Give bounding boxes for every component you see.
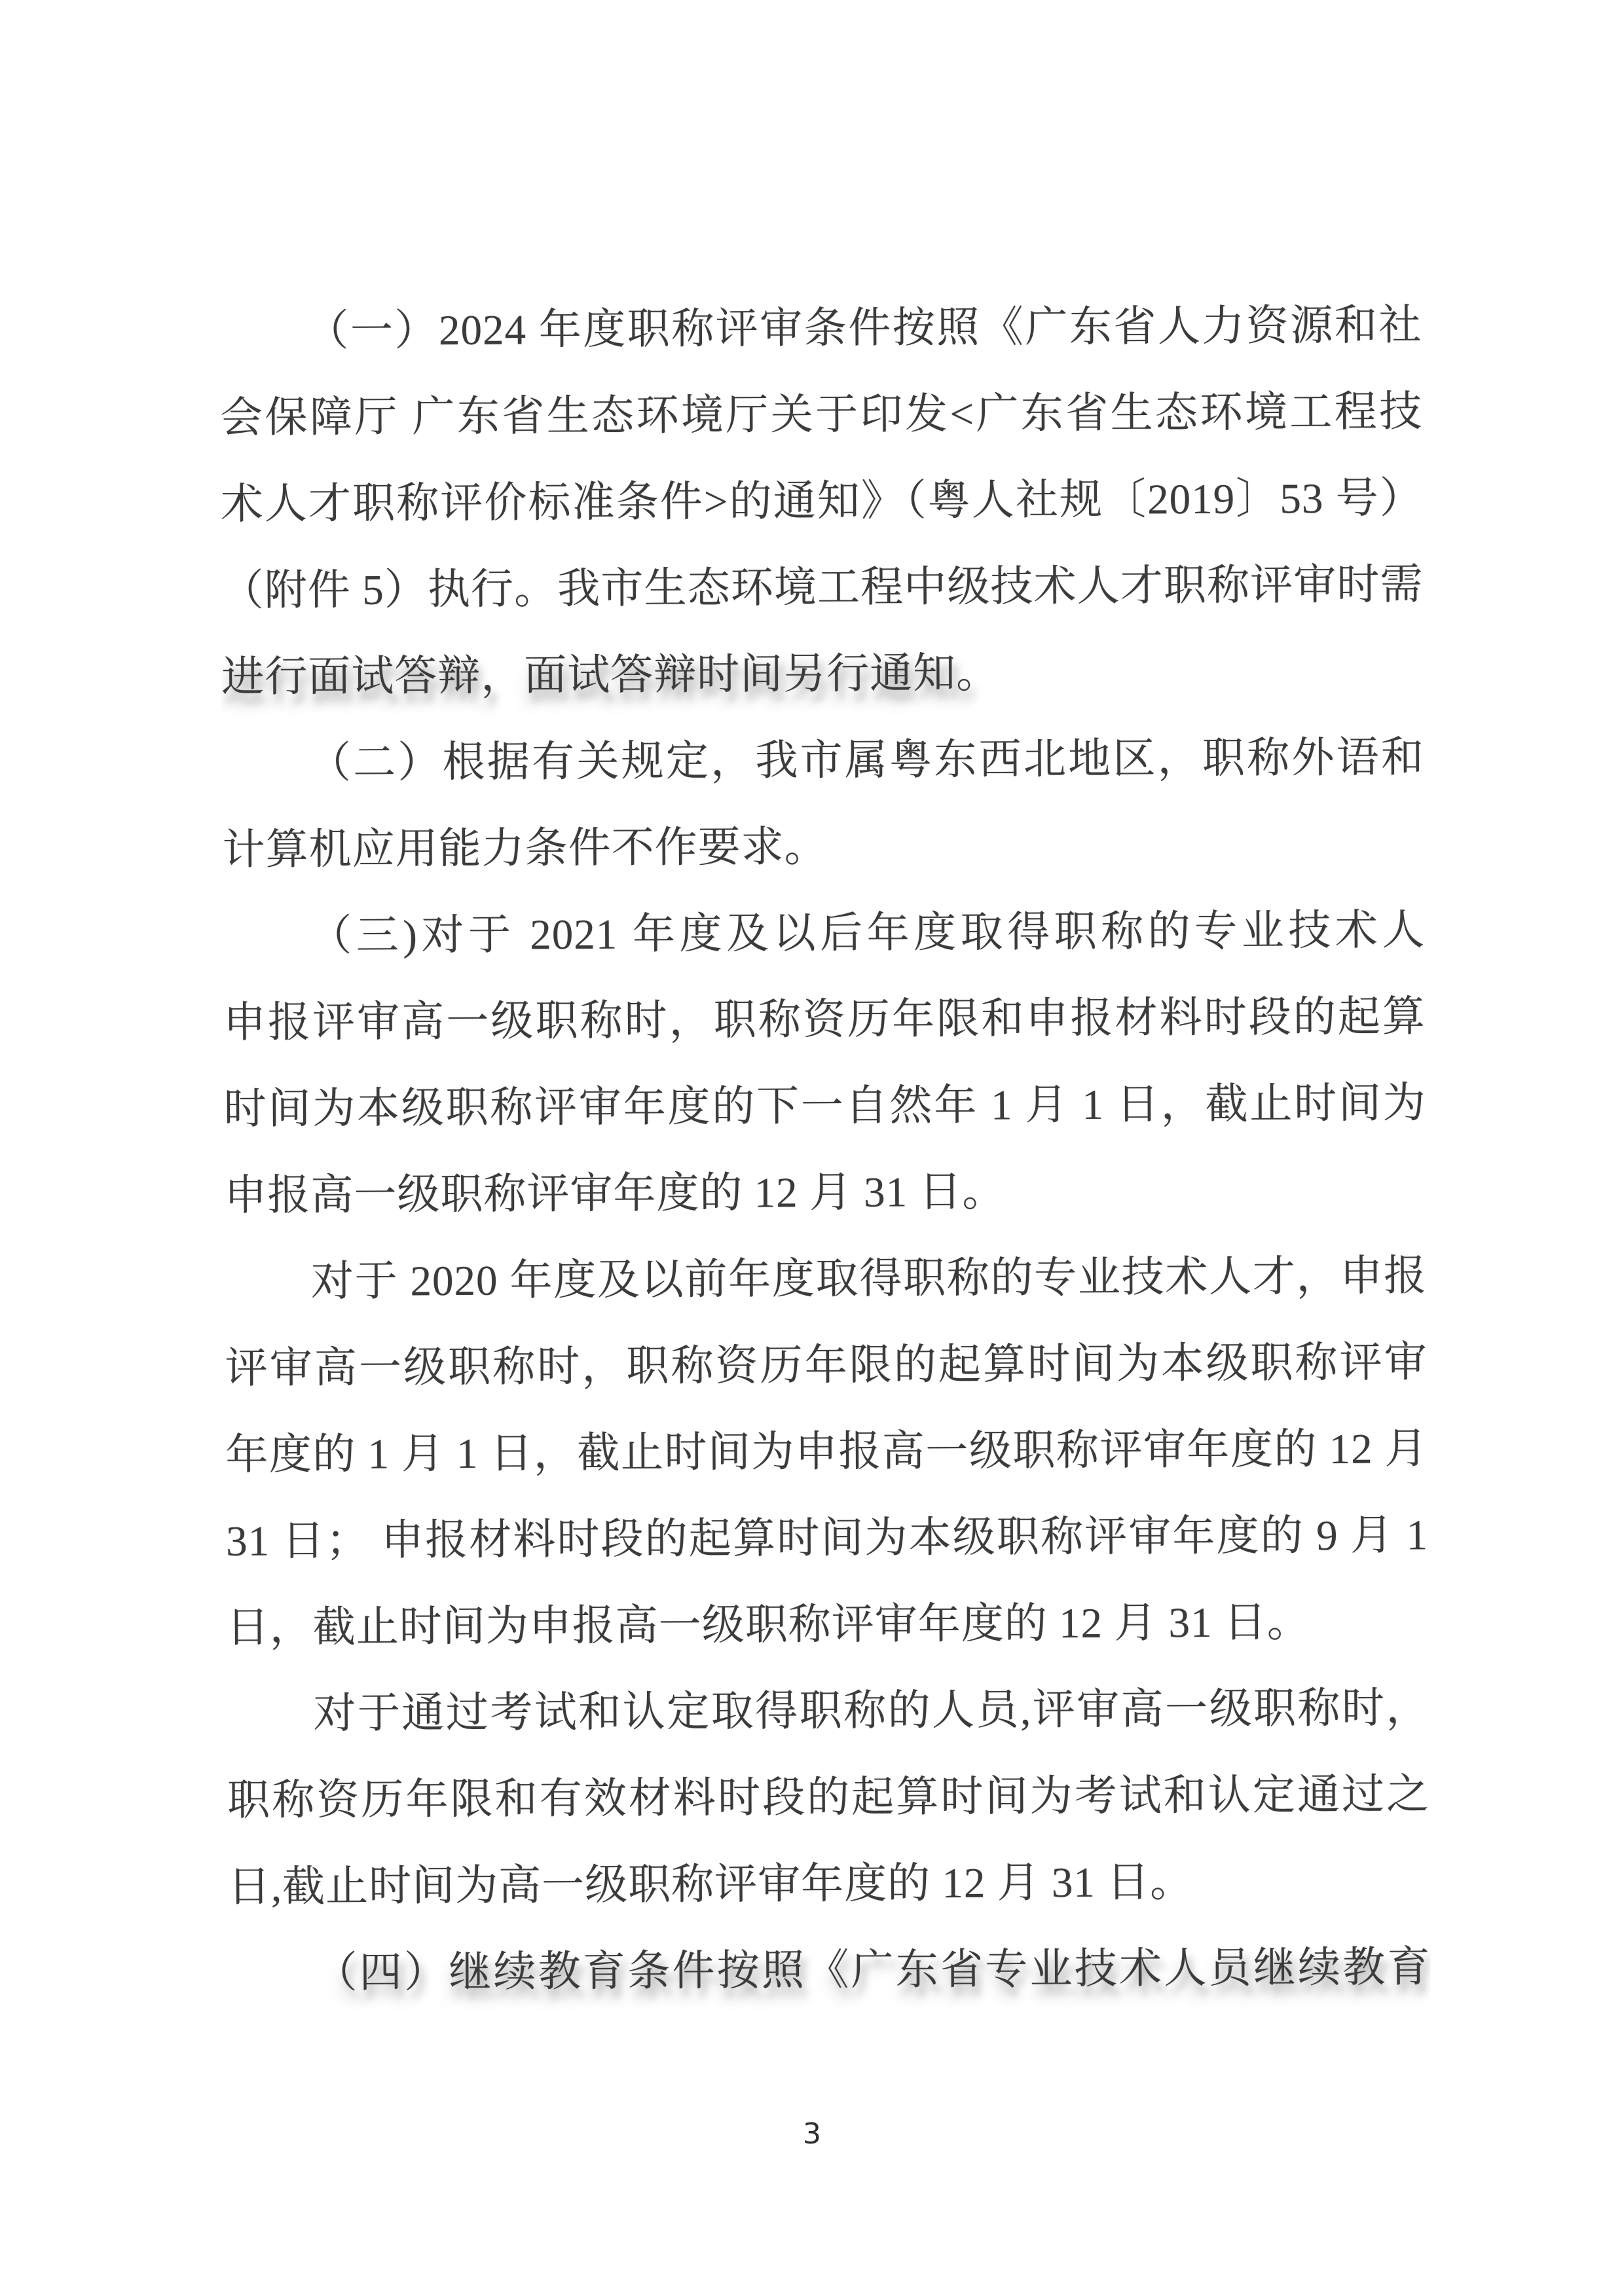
text-line: （三)对于 2021 年度及以后年度取得职称的专业技术人才，: [223, 887, 1426, 980]
text-line: 时间为本级职称评审年度的下一自然年 1 月 1 日，截止时间为: [223, 1060, 1426, 1153]
text-line: 进行面试答辩，面试答辩时间另行通知。: [221, 628, 1424, 721]
text-line: 31 日； 申报材料时段的起算时间为本级职称评审年度的 9 月 1: [226, 1492, 1429, 1585]
document-body: （一）2024 年度职称评审条件按照《广东省人力资源和社会保障厅 广东省生态环境…: [219, 282, 1431, 2017]
text-line: 计算机应用能力条件不作要求。: [222, 801, 1425, 894]
text-line: （一）2024 年度职称评审条件按照《广东省人力资源和社: [219, 282, 1422, 375]
text-line: 申报评审高一级职称时，职称资历年限和申报材料时段的起算: [223, 974, 1426, 1066]
text-line: 会保障厅 广东省生态环境厅关于印发<广东省生态环境工程技: [220, 369, 1423, 462]
text-line: 对于 2020 年度及以前年度取得职称的专业技术人才，申报: [225, 1233, 1428, 1326]
text-line: 评审高一级职称时，职称资历年限的起算时间为本级职称评审: [225, 1319, 1428, 1412]
page-number: 3: [0, 2117, 1624, 2151]
text-line: 日，截止时间为申报高一级职称评审年度的 12 月 31 日。: [226, 1578, 1429, 1671]
text-line: 年度的 1 月 1 日，截止时间为申报高一级职称评审年度的 12 月: [225, 1406, 1428, 1499]
text-line: （二）根据有关规定，我市属粤东西北地区，职称外语和: [222, 714, 1425, 807]
text-line: （附件 5）执行。我市生态环境工程中级技术人才职称评审时需: [221, 541, 1424, 634]
text-line: 术人才职称评价标准条件>的通知》（粤人社规〔2019〕53 号）: [220, 455, 1423, 548]
text-line: 日,截止时间为高一级职称评审年度的 12 月 31 日。: [228, 1838, 1431, 1931]
text-line: （四）继续教育条件按照《广东省专业技术人员继续教育: [228, 1924, 1431, 2017]
text-line: 对于通过考试和认定取得职称的人员,评审高一级职称时，: [227, 1665, 1430, 1758]
scanned-page: （一）2024 年度职称评审条件按照《广东省人力资源和社会保障厅 广东省生态环境…: [0, 0, 1624, 2296]
text-line: 职称资历年限和有效材料时段的起算时间为考试和认定通过之: [227, 1751, 1430, 1844]
text-line: 申报高一级职称评审年度的 12 月 31 日。: [224, 1146, 1427, 1239]
